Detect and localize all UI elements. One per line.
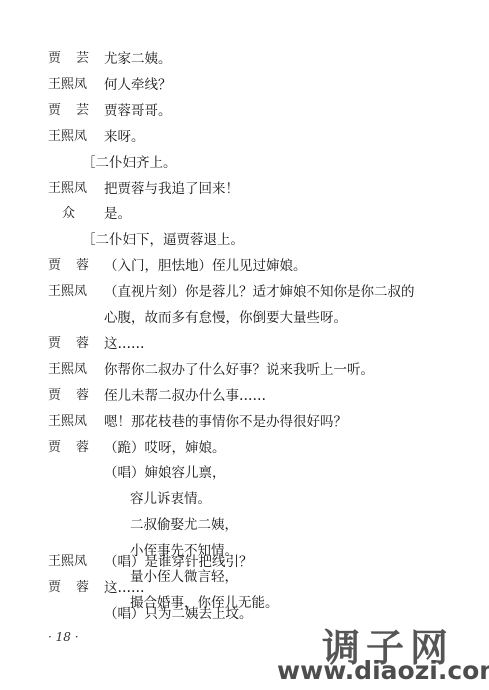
dialogue-text: （直视片刻）你是蓉儿？适才婶娘不知你是你二叔的 <box>104 281 415 303</box>
dialogue-text: 来呀。 <box>104 126 145 148</box>
speaker-name: 王熙凤 <box>48 74 94 96</box>
dialogue-text: 尤家二姨。 <box>104 48 172 70</box>
speaker-name: 贾芸 <box>48 100 94 122</box>
lyric-verse: 二叔偷娶尤二姨， <box>130 514 238 536</box>
dialogue-continuation: 心腹，故而多有怠慢，你倒要大量些呀。 <box>104 307 347 329</box>
speaker-name: 贾蓉 <box>48 333 94 355</box>
dialogue-text: 你帮你二叔办了什么好事？说来我听上一听。 <box>104 359 374 381</box>
dialogue-text: 侄儿未帮二叔办什么事…… <box>104 385 266 407</box>
speaker-name: 王熙凤 <box>48 359 94 381</box>
dialogue-text: 何人牵线？ <box>104 74 172 96</box>
dialogue-text: 是。 <box>104 203 131 225</box>
dialogue-text: 贾蓉哥哥。 <box>104 100 172 122</box>
dialogue-text: 这…… <box>104 333 145 355</box>
dialogue-continuation: （唱）婶娘容儿禀， <box>104 462 226 484</box>
dialogue-text: （跪）哎呀，婶娘。 <box>104 437 226 459</box>
stage-direction: ［二仆妇下，逼贾蓉退上。 <box>82 229 244 251</box>
watermark-url: www.diaozi.com <box>277 656 489 685</box>
dialogue-text: 把贾蓉与我追了回来！ <box>104 178 239 200</box>
speaker-name: 王熙凤 <box>48 178 94 200</box>
speaker-name: 王熙凤 <box>48 281 94 303</box>
speaker-name: 贾芸 <box>48 48 94 70</box>
speaker-name: 贾蓉 <box>48 437 94 459</box>
dialogue-text: （入门，胆怯地）侄儿见过婶娘。 <box>104 255 307 277</box>
dialogue-text: （唱）是谁穿针把线引？ <box>104 551 253 573</box>
speaker-name: 王熙凤 <box>48 126 94 148</box>
lyric-verse: 容儿诉衷情。 <box>130 488 211 510</box>
page-number: · 18 · <box>48 630 79 644</box>
speaker-name: 王熙凤 <box>48 551 94 573</box>
dialogue-continuation: （唱）只为二姨去上坟。 <box>104 603 253 625</box>
stage-direction: ［二仆妇齐上。 <box>82 152 177 174</box>
dialogue-text: 这…… <box>104 577 145 599</box>
speaker-name: 贾蓉 <box>48 385 94 407</box>
speaker-name: 贾蓉 <box>48 577 94 599</box>
speaker-name: 王熙凤 <box>48 411 94 433</box>
scanned-page: 贾芸尤家二姨。王熙凤何人牵线？贾芸贾蓉哥哥。王熙凤来呀。［二仆妇齐上。王熙凤把贾… <box>0 0 489 690</box>
speaker-name: 众 <box>62 203 108 225</box>
dialogue-text: 嗯！那花枝巷的事情你不是办得很好吗？ <box>104 411 347 433</box>
speaker-name: 贾蓉 <box>48 255 94 277</box>
